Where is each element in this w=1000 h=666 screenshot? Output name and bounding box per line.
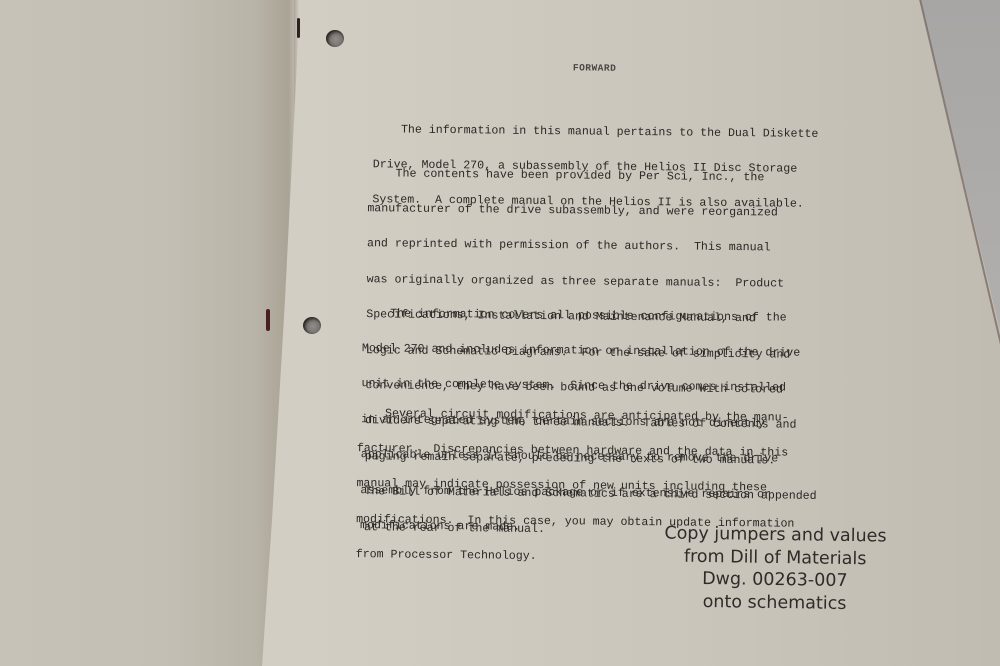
punch-hole-middle [303, 317, 321, 334]
text-line: facturer. Discrepancies between hardware… [350, 443, 795, 459]
stamp-line: Copy jumpers and values [660, 522, 890, 548]
stamp-line: Dwg. 00263-007 [660, 568, 890, 594]
text-line: manual may indicate possession of new un… [349, 478, 794, 494]
text-line: Several circuit modifications are antici… [350, 408, 795, 424]
stamp-line: from Dill of Materials [660, 545, 890, 571]
rubber-stamp-note: Copy jumpers and values from Dill of Mat… [659, 522, 890, 616]
text-line: The information in this manual pertains … [359, 124, 818, 141]
binding-mark-middle [266, 309, 270, 331]
document-title: FORWARD [573, 62, 617, 74]
text-line: manufacturer of the drive subassembly, a… [360, 203, 819, 220]
text-line: and reprinted with permission of the aut… [360, 238, 819, 255]
binding-mark-top [297, 18, 300, 38]
text-line: The contents have been provided by Per S… [361, 168, 820, 185]
left-page [0, 0, 300, 666]
text-line: The information covers all possible conf… [355, 308, 800, 324]
text-line: Model 270 and includes information on in… [355, 343, 800, 359]
stamp-line: onto schematics [659, 590, 889, 616]
punch-hole-top [326, 30, 344, 47]
